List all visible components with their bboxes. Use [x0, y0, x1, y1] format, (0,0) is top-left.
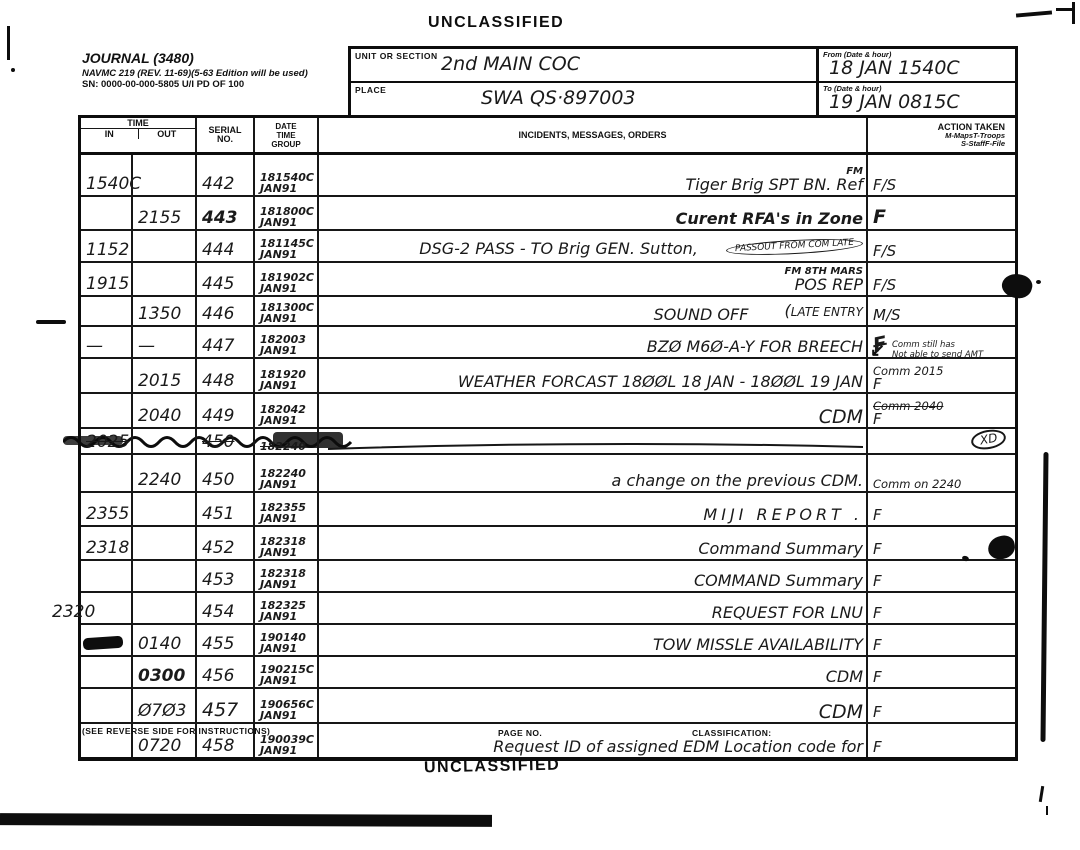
table-row: 2320 454 182325JAN91 REQUEST FOR LNU F [81, 593, 1015, 625]
message-text: SOUND OFF [586, 306, 749, 324]
action-taken-2: F [873, 377, 882, 391]
dtg-month: JAN91 [260, 710, 297, 721]
serial-no: 447 [202, 336, 234, 356]
message-text: POS REP [705, 276, 863, 294]
table-row: 2155 443 181800CJAN91 Curent RFA's in Zo… [81, 197, 1015, 231]
serial-no: 445 [202, 274, 234, 294]
header-serial: SERIAL NO. [197, 118, 255, 152]
action-taken: F [873, 572, 882, 590]
footer-instructions: (SEE REVERSE SIDE FOR INSTRUCTIONS) [82, 726, 270, 736]
table-row: 0300 456 190215CJAN91 CDM F [81, 657, 1015, 689]
action-taken: F [873, 206, 886, 228]
message-note: LATE ENTRY [784, 301, 863, 320]
action-taken: Comm 2015 [873, 365, 943, 377]
dtg-month: JAN91 [260, 513, 297, 524]
serial-no: 442 [202, 174, 234, 194]
header-serial-l2: NO. [217, 135, 233, 144]
table-row: 1540C 442 181540CJAN91 FMTiger Brig SPT … [81, 155, 1015, 197]
time-out: 2240 [138, 470, 181, 490]
action-taken: F [873, 703, 882, 721]
time-out: 2040 [138, 406, 181, 426]
action-taken: F/S [873, 176, 896, 194]
to-value: 19 JAN 0815C [829, 91, 960, 113]
unit-place-box: UNIT OR SECTION 2nd MAIN COC PLACE SWA Q… [348, 46, 1018, 118]
time-out: 2015 [138, 371, 181, 391]
dtg-month: JAN91 [260, 380, 297, 391]
scan-streak-right [1040, 452, 1048, 742]
message-text: BZØ M6Ø-A-Y FOR BREECH [623, 338, 863, 356]
scan-mark-bottom-right [1039, 786, 1044, 802]
serial-no: 455 [202, 634, 234, 654]
message-text: Tiger Brig SPT BN. Ref [686, 176, 864, 194]
action-taken: F [873, 738, 882, 756]
action-taken: F [873, 668, 882, 686]
serial-no: 443 [202, 208, 238, 228]
serial-no: 448 [202, 371, 234, 391]
journal-table: TIME IN OUT SERIAL NO. DATE TIME GROUP I… [78, 115, 1018, 761]
header-action: ACTION TAKEN M-Maps T-Troops S-Staff F-F… [868, 118, 1009, 152]
dtg-month: JAN91 [260, 579, 297, 590]
dtg-month: JAN91 [260, 313, 297, 324]
serial-no: 449 [202, 406, 234, 426]
classification-stamp-top: UNCLASSIFIED [428, 14, 564, 32]
message-text: TOW MISSLE AVAILABILITY [653, 636, 863, 654]
header-in: IN [81, 129, 139, 139]
header-time: TIME IN OUT [81, 118, 197, 152]
dtg-month: JAN91 [260, 183, 297, 194]
scanned-journal-page: UNCLASSIFIED JOURNAL (3480) NAVMC 219 (R… [0, 0, 1080, 850]
time-out: 0300 [138, 666, 185, 686]
serial-no: 450 [202, 470, 234, 490]
action-taken: Comm 2040 [873, 400, 943, 412]
dtg-month: JAN91 [260, 217, 297, 228]
scan-mark-bottom-right-2 [1046, 806, 1048, 815]
dtg: 182240 [260, 441, 306, 452]
dtg-month: JAN91 [260, 745, 297, 756]
place-value: SWA QS·897003 [481, 87, 636, 109]
legend-file: F-File [985, 140, 1005, 148]
table-row: 2015 448 181920JAN91 WEATHER FORCAST 18Ø… [81, 359, 1015, 394]
table-row: 1350 446 181300CJAN91 SOUND OFFLATE ENTR… [81, 297, 1015, 327]
dtg-month: JAN91 [260, 345, 297, 356]
time-out: Ø7Ø3 [138, 701, 186, 721]
action-taken: F [873, 604, 882, 622]
header-dtg-l1: DATE [275, 122, 296, 131]
time-out: 2155 [138, 208, 181, 228]
from-date-field: From (Date & hour) 18 JAN 1540C [818, 49, 1015, 81]
scan-speck [11, 68, 15, 72]
message-text: a change on the previous CDM. [612, 472, 863, 490]
dtg-month: JAN91 [260, 547, 297, 558]
table-row: 2318 452 182318JAN91 Command Summary F [81, 527, 1015, 561]
form-subtitle: NAVMC 219 (REV. 11-69)(5-63 Edition will… [82, 68, 308, 80]
dtg-month: JAN91 [260, 415, 297, 426]
form-identification: JOURNAL (3480) NAVMC 219 (REV. 11-69)(5-… [82, 50, 308, 91]
time-out: 0720 [138, 736, 181, 756]
time-out: 1350 [138, 304, 181, 324]
legend-staff: S-Staff [961, 140, 985, 148]
header-dtg-l3: GROUP [271, 140, 300, 149]
table-row: 2240 450 182240JAN91 a change on the pre… [81, 455, 1015, 493]
table-row: 2040 449 182042JAN91 CDM Comm 2040F [81, 394, 1015, 429]
serial-no: 452 [202, 538, 234, 558]
dtg-month: JAN91 [260, 643, 297, 654]
message-text: REQUEST FOR LNU [712, 604, 863, 622]
action-taken: F/S [873, 276, 896, 294]
to-date-field: To (Date & hour) 19 JAN 0815C [818, 81, 1015, 115]
message-text: CDM [819, 703, 863, 721]
action-taken: Comm on 2240 [873, 478, 961, 490]
message-text: MIJI REPORT . [689, 506, 863, 524]
action-margin-note: Comm still has Not able to send AMT [892, 340, 983, 359]
scan-dash-top-right [1016, 10, 1052, 17]
time-in: 1152 [86, 240, 129, 260]
header-incidents: INCIDENTS, MESSAGES, ORDERS [319, 118, 868, 152]
place-field: PLACE SWA QS·897003 [351, 81, 816, 115]
serial-no: 451 [202, 504, 234, 524]
circled-mark: XD [969, 427, 1007, 452]
blotted-entry [81, 625, 133, 655]
form-sn-line: SN: 0000-00-000-5805 U/I PD OF 100 [82, 79, 308, 91]
serial-no: 444 [202, 240, 234, 260]
serial-no: 457 [202, 699, 238, 721]
pen-sweep-line [328, 438, 863, 452]
serial-no: 458 [202, 736, 234, 756]
header-out: OUT [139, 129, 196, 139]
classification-stamp-bottom: UNCLASSIFIED [424, 757, 561, 778]
message-text: CDM [826, 668, 863, 686]
serial-no: 446 [202, 304, 234, 324]
action-taken: M/S [873, 306, 901, 324]
message-text: WEATHER FORCAST 18ØØL 18 JAN - 18ØØL 19 … [458, 373, 863, 391]
action-note-l2: Not able to send AMT [892, 350, 983, 360]
time-out: — [138, 336, 155, 356]
serial-no: 453 [202, 570, 234, 590]
action-taken: F/S [873, 242, 896, 260]
time-out: 0140 [138, 634, 181, 654]
message-text: CDM [805, 408, 863, 426]
table-row: 0140 455 190140JAN91 TOW MISSLE AVAILABI… [81, 625, 1015, 657]
dtg-month: JAN91 [260, 283, 297, 294]
unit-value: 2nd MAIN COC [441, 53, 580, 75]
form-title: JOURNAL (3480) [82, 50, 308, 68]
dtg-month: JAN91 [260, 675, 297, 686]
place-label: PLACE [355, 85, 386, 95]
time-in: 2320 [52, 602, 95, 622]
message-text: Request ID of assigned EDM Location code… [493, 738, 863, 756]
from-value: 18 JAN 1540C [829, 57, 960, 79]
time-in: 2318 [86, 538, 129, 558]
message-note: PASSOUT FROM COM LATE [726, 236, 864, 257]
ink-speck [1036, 280, 1041, 284]
scan-bar-bottom [0, 813, 492, 827]
header-time-label: TIME [81, 118, 195, 129]
message-text: COMMAND Summary [694, 572, 863, 590]
margin-dash [36, 320, 66, 324]
footer-classification: CLASSIFICATION: [692, 728, 772, 738]
unit-or-section-field: UNIT OR SECTION 2nd MAIN COC [351, 49, 816, 81]
serial-no: 450 [202, 432, 234, 452]
action-taken: F [873, 540, 882, 558]
scan-tick-top-right [1072, 2, 1075, 24]
scan-mark-top-left [7, 26, 10, 60]
action-taken: F [873, 636, 882, 654]
header-dtg-l2: TIME [276, 131, 295, 140]
dtg-month: JAN91 [260, 479, 297, 490]
serial-no: 454 [202, 602, 234, 622]
table-row-crossed-out: 2025 450 182240 XD [81, 429, 1015, 455]
time-in: 2025 [86, 432, 129, 452]
dtg-month: JAN91 [260, 249, 297, 260]
unit-label: UNIT OR SECTION [355, 51, 438, 61]
action-taken-2: F [873, 412, 882, 426]
scan-dash-top-right-2 [1056, 8, 1074, 11]
table-row: — — 447 182003JAN91 BZØ M6Ø-A-Y FOR BREE… [81, 327, 1015, 359]
message-text: Curent RFA's in Zone [676, 210, 863, 228]
time-in: 1915 [86, 274, 129, 294]
table-row: Ø7Ø3 457 190656CJAN91 CDM F [81, 689, 1015, 724]
serial-no: 456 [202, 666, 234, 686]
action-taken: F [873, 506, 882, 524]
message-text: Command Summary [698, 540, 863, 558]
dtg-month: JAN91 [260, 611, 297, 622]
table-row: 1152 444 181145CJAN91 DSG-2 PASS - TO Br… [81, 231, 1015, 263]
table-row: 2355 451 182355JAN91 MIJI REPORT . F [81, 493, 1015, 527]
header-dtg: DATE TIME GROUP [255, 118, 319, 152]
time-in: 2355 [86, 504, 129, 524]
action-note-l1: Comm still has [892, 340, 955, 350]
time-in: — [86, 336, 103, 356]
table-row: 453 182318JAN91 COMMAND Summary F [81, 561, 1015, 593]
table-header-row: TIME IN OUT SERIAL NO. DATE TIME GROUP I… [81, 118, 1015, 155]
footer-page-no: PAGE NO. [498, 728, 542, 738]
table-row: 1915 445 181902CJAN91 FM 8TH MARSPOS REP… [81, 263, 1015, 297]
message-text: DSG-2 PASS - TO Brig GEN. Sutton, [419, 240, 698, 258]
